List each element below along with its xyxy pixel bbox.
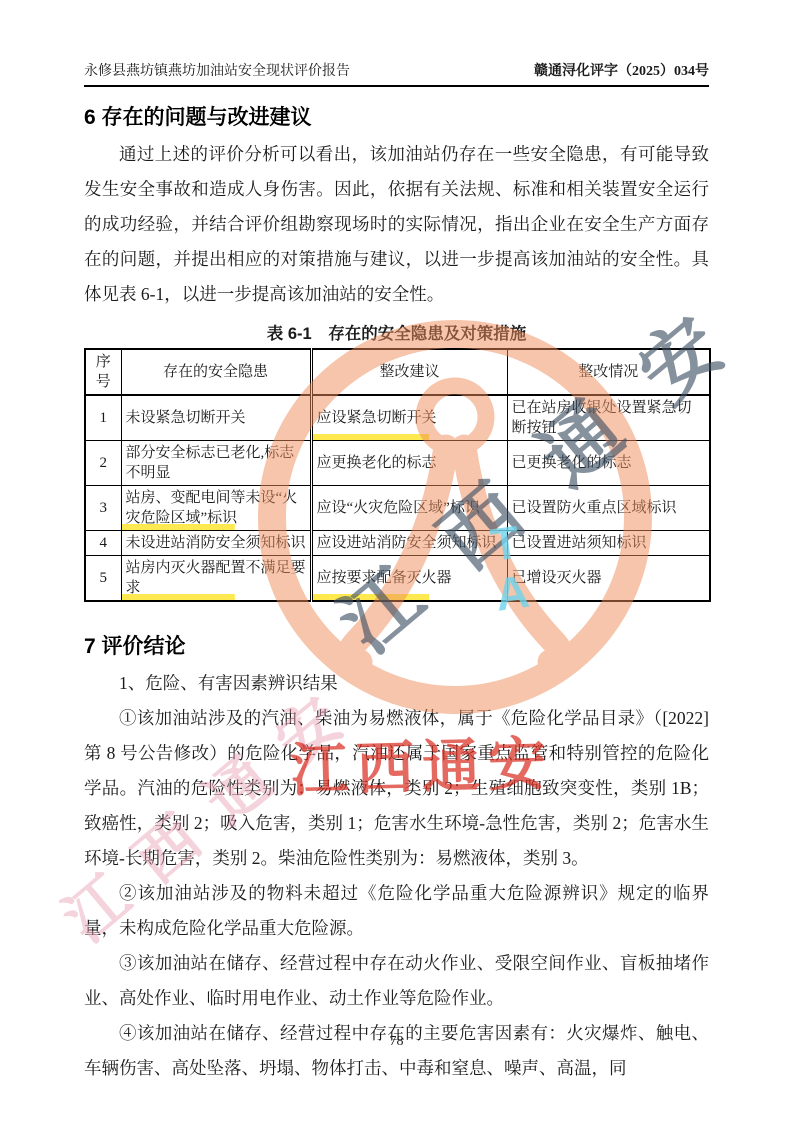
page-number: 78 <box>0 1034 793 1050</box>
status-cell: 已更换老化的标志 <box>507 441 710 486</box>
section-7-subheading: 1、危险、有害因素辨识结果 <box>84 666 709 701</box>
section-6-paragraph: 通过上述的评价分析可以看出，该加油站仍存在一些安全隐患，有可能导致发生安全事故和… <box>84 137 709 312</box>
section-7-paragraph-1: ①该加油站涉及的汽油、柴油为易燃液体，属于《危险化学品目录》（[2022]第 8… <box>84 701 709 876</box>
col-header-hazard: 存在的安全隐患 <box>121 349 311 395</box>
section-7-paragraph-3: ③该加油站在储存、经营过程中存在动火作业、受限空间作业、盲板抽堵作业、高处作业、… <box>84 946 709 1016</box>
table-row: 3 站房、变配电间等未设“火灾危险区域”标识 应设“火灾危险区域”标识 已设置防… <box>85 486 710 531</box>
suggestion-cell: 应设“火灾危险区域”标识 <box>311 486 507 531</box>
header-report-title: 永修县燕坊镇燕坊加油站安全现状评价报告 <box>84 60 350 80</box>
table-row: 5 站房内灭火器配置不满足要求 应按要求配备灭火器 已增设灭火器 <box>85 556 710 602</box>
status-cell: 已设置防火重点区域标识 <box>507 486 710 531</box>
row-index: 3 <box>85 486 121 531</box>
page-header: 永修县燕坊镇燕坊加油站安全现状评价报告 赣通浔化评字（2025）034号 <box>84 60 709 87</box>
section-7-paragraph-4: ④该加油站在储存、经营过程中存在的主要危害因素有：火灾爆炸、触电、车辆伤害、高处… <box>84 1016 709 1086</box>
row-index: 2 <box>85 441 121 486</box>
status-cell: 已设置进站须知标识 <box>507 531 710 556</box>
hazard-cell: 部分安全标志已老化,标志不明显 <box>121 441 311 486</box>
suggestion-cell: 应更换老化的标志 <box>311 441 507 486</box>
hazard-cell: 未设进站消防安全须知标识 <box>121 531 311 556</box>
row-index: 4 <box>85 531 121 556</box>
col-header-status: 整改情况 <box>507 349 710 395</box>
suggestion-cell: 应设进站消防安全须知标识 <box>311 531 507 556</box>
hazard-cell: 站房内灭火器配置不满足要求 <box>121 556 311 602</box>
table-row: 4 未设进站消防安全须知标识 应设进站消防安全须知标识 已设置进站须知标识 <box>85 531 710 556</box>
section-6-heading: 6 存在的问题与改进建议 <box>84 101 709 131</box>
suggestion-cell: 应按要求配备灭火器 <box>311 556 507 602</box>
col-header-suggestion: 整改建议 <box>311 349 507 395</box>
section-7-heading: 7 评价结论 <box>84 630 709 660</box>
document-page: 永修县燕坊镇燕坊加油站安全现状评价报告 赣通浔化评字（2025）034号 6 存… <box>0 0 793 1122</box>
section-7-paragraph-2: ②该加油站涉及的物料未超过《危险化学品重大危险源辨识》规定的临界量，未构成危险化… <box>84 876 709 946</box>
col-header-index: 序号 <box>85 349 121 395</box>
status-cell: 已增设灭火器 <box>507 556 710 602</box>
table-row: 2 部分安全标志已老化,标志不明显 应更换老化的标志 已更换老化的标志 <box>85 441 710 486</box>
header-doc-number: 赣通浔化评字（2025）034号 <box>534 60 709 80</box>
hazard-cell: 未设紧急切断开关 <box>121 395 311 441</box>
row-index: 5 <box>85 556 121 602</box>
section-7: 7 评价结论 1、危险、有害因素辨识结果 ①该加油站涉及的汽油、柴油为易燃液体，… <box>84 630 709 1086</box>
table-row: 1 未设紧急切断开关 应设紧急切断开关 已在站房收银处设置紧急切断按钮 <box>85 395 710 441</box>
table-header-row: 序号 存在的安全隐患 整改建议 整改情况 <box>85 349 710 395</box>
table-6-1: 序号 存在的安全隐患 整改建议 整改情况 1 未设紧急切断开关 应设紧急切断开关… <box>84 348 711 602</box>
status-cell: 已在站房收银处设置紧急切断按钮 <box>507 395 710 441</box>
page-content: 永修县燕坊镇燕坊加油站安全现状评价报告 赣通浔化评字（2025）034号 6 存… <box>84 60 709 1086</box>
suggestion-cell: 应设紧急切断开关 <box>311 395 507 441</box>
hazard-cell: 站房、变配电间等未设“火灾危险区域”标识 <box>121 486 311 531</box>
row-index: 1 <box>85 395 121 441</box>
table-6-1-title: 表 6-1 存在的安全隐患及对策措施 <box>84 320 709 344</box>
